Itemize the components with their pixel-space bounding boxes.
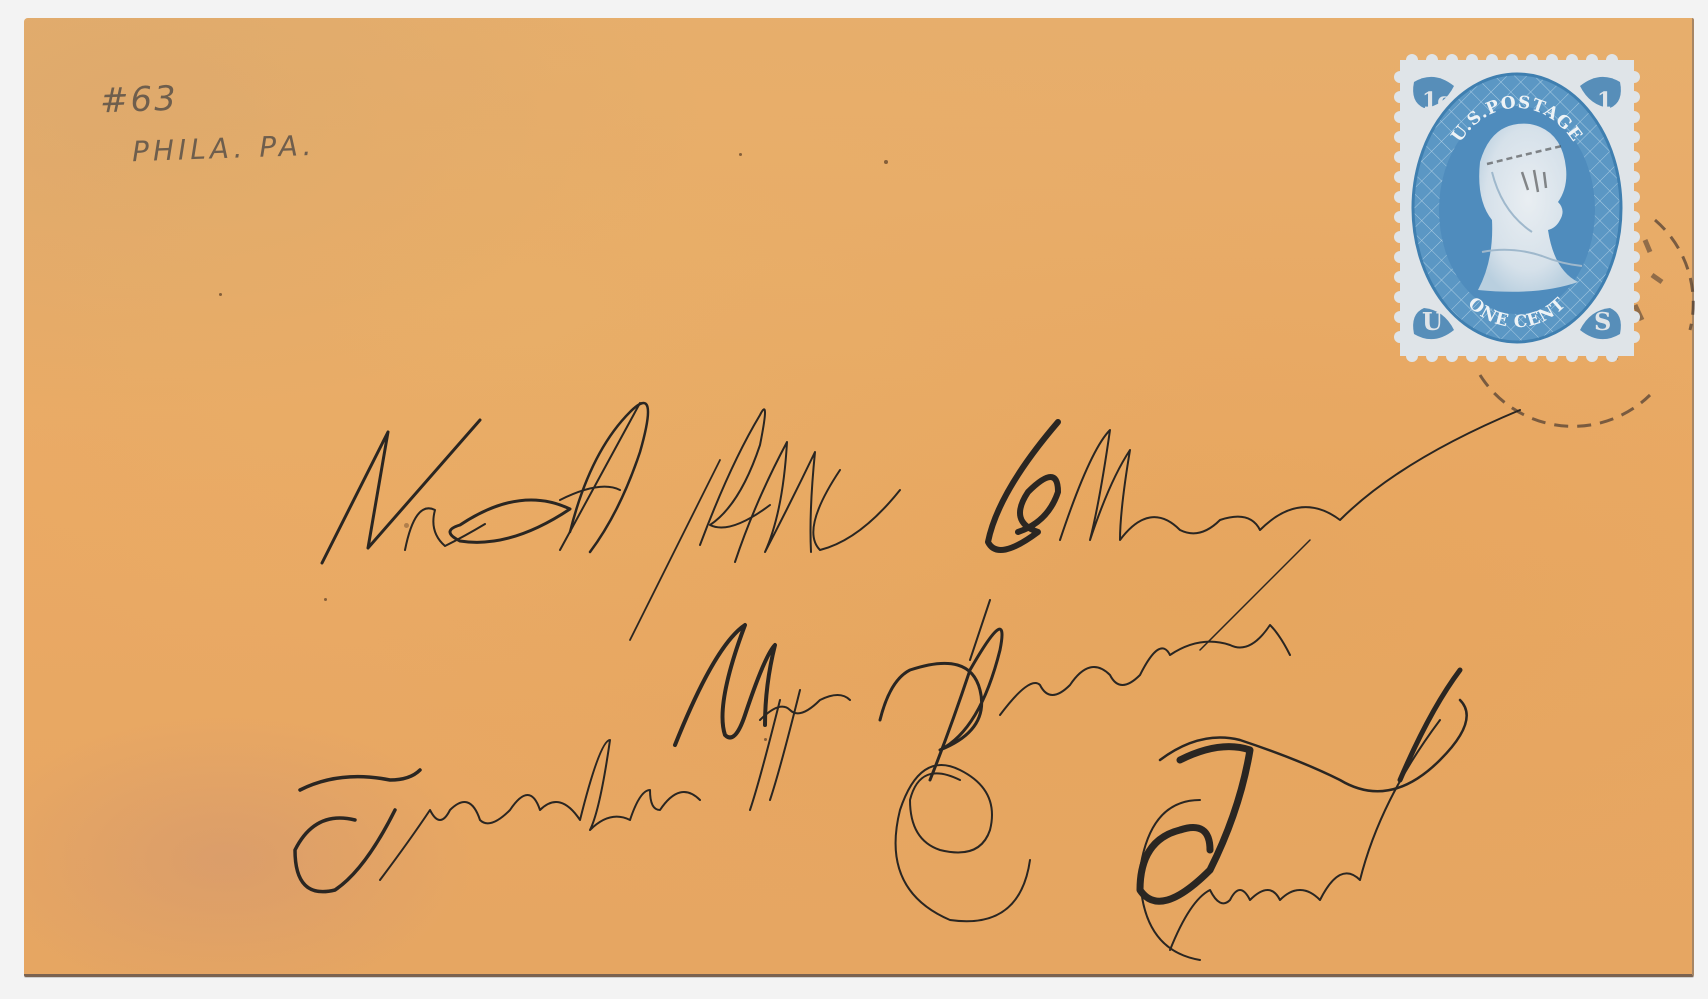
paper-speck	[884, 160, 888, 164]
svg-text:1: 1	[1597, 88, 1612, 114]
paper-speck	[764, 738, 767, 741]
city-note: PHILA. PA.	[131, 129, 315, 168]
svg-text:S: S	[1594, 307, 1611, 336]
scene: #63 PHILA. PA.	[0, 0, 1708, 999]
svg-text:U: U	[1422, 307, 1443, 336]
paper-speck	[739, 153, 742, 156]
catalog-number-note: #63	[99, 79, 178, 122]
postage-stamp: 1c 1 U S U.S.POSTAGE ONE CENT	[1392, 52, 1642, 364]
paper-speck	[324, 598, 327, 601]
paper-speck	[404, 523, 409, 528]
paper-speck	[219, 293, 222, 296]
